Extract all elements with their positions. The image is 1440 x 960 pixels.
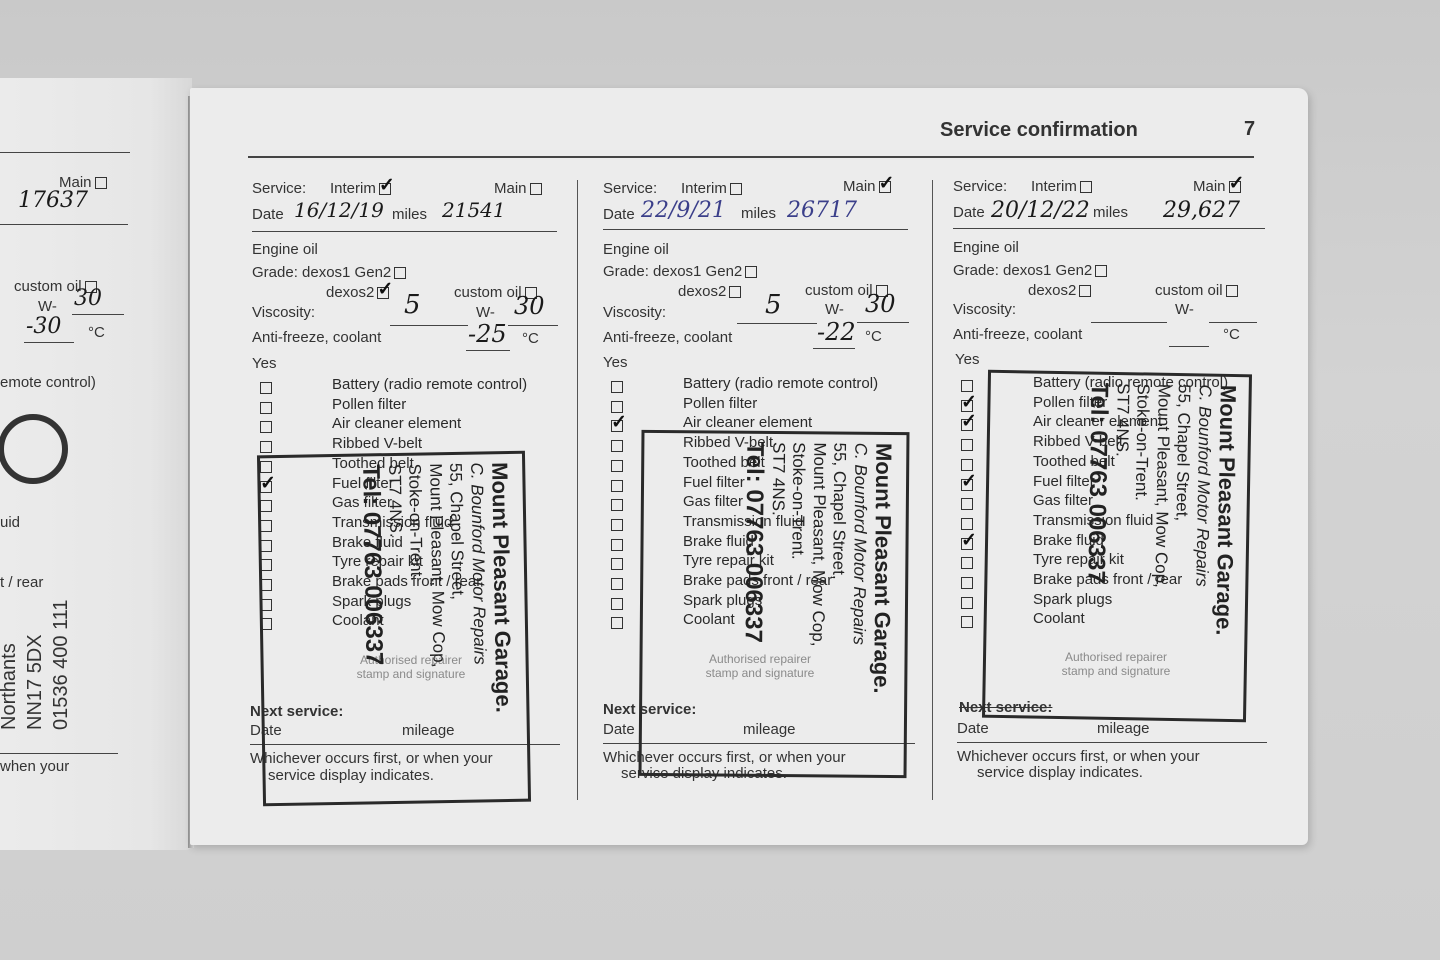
viscosity-w-value: 5 (765, 290, 782, 320)
left-date-rule (0, 224, 128, 225)
item-checkbox (961, 538, 973, 550)
left-antifreeze-value: -30 (26, 314, 61, 339)
viscosity-after-rule (1209, 322, 1257, 323)
miles-label: miles (392, 206, 427, 223)
w-label: W- (476, 304, 495, 321)
w-label: W- (1175, 301, 1194, 318)
checklist-item: Gas filter (961, 495, 973, 512)
checklist-item: Ribbed V-belt (611, 437, 623, 454)
checklist-item: Fuel filter (611, 477, 623, 494)
main-option: Main (843, 178, 891, 195)
item-checkbox (611, 598, 623, 610)
viscosity-label: Viscosity: (603, 304, 666, 321)
checklist-item: Brake fluid (961, 535, 973, 552)
interim-option: Interim (681, 180, 742, 197)
item-checkbox (961, 557, 973, 569)
viscosity-w-rule (1091, 322, 1167, 323)
dexos2-option: dexos2 (1028, 282, 1091, 299)
item-checkbox (611, 578, 623, 590)
service-label: Service: (953, 178, 1007, 195)
left-footer-rule (0, 753, 118, 754)
celsius-label: °C (865, 328, 882, 345)
main-option: Main (1193, 178, 1241, 195)
garage-stamp-1: Mount Pleasant Garage. C. Bounford Motor… (257, 451, 531, 807)
antifreeze-label: Anti-freeze, coolant (603, 329, 732, 346)
garage-stamp-3: Mount Pleasant Garage. C. Bounford Motor… (982, 370, 1252, 723)
w-label: W- (825, 301, 844, 318)
checklist-item: Ribbed V-belt (961, 436, 973, 453)
viscosity-after-rule (508, 325, 558, 326)
date-rule (603, 229, 908, 230)
viscosity-after-value: 30 (514, 292, 545, 320)
checklist-item: Coolant (611, 614, 623, 631)
custom-oil-option: custom oil (1155, 282, 1238, 299)
footer-line-1: Whichever occurs first, or when your (957, 748, 1200, 765)
item-checkbox (961, 616, 973, 628)
main-checkbox (879, 181, 891, 193)
engine-oil-label: Engine oil (953, 239, 1019, 256)
viscosity-after-rule (857, 322, 909, 323)
antifreeze-rule (813, 348, 855, 349)
item-checkbox (961, 419, 973, 431)
yes-label: Yes (955, 351, 979, 368)
item-checkbox (611, 420, 623, 432)
left-page: Main 17637 custom oil W- 30 -30 °C emote… (0, 78, 192, 850)
service-miles: 26717 (787, 198, 857, 223)
left-brake-tail: t / rear (0, 574, 43, 591)
garage-logo-icon (0, 414, 68, 484)
item-checkbox (611, 558, 623, 570)
grade-option: Grade: dexos1 Gen2 (603, 263, 757, 280)
item-checkbox (260, 441, 272, 453)
dexos2-checkbox (1079, 285, 1091, 297)
item-checkbox (611, 440, 623, 452)
checklist-item: Brake pads front / rear (611, 575, 623, 592)
checklist-item: Toothed belt (611, 457, 623, 474)
item-checkbox (961, 498, 973, 510)
left-fluid-tail: uid (0, 514, 20, 531)
main-checkbox (1229, 181, 1241, 193)
antifreeze-value: -25 (468, 320, 507, 348)
item-checkbox (961, 577, 973, 589)
stamp-text: Mount Pleasant Garage. C. Bounford Motor… (355, 462, 516, 715)
checklist-item: Spark plugs (611, 595, 623, 612)
celsius-label: °C (1223, 326, 1240, 343)
checklist-item: Tyre repair kit (611, 555, 623, 572)
service-date: 16/12/19 (294, 198, 384, 222)
main-checkbox (530, 183, 542, 195)
left-main-checkbox (95, 177, 107, 189)
left-celsius: °C (88, 324, 105, 341)
miles-label: miles (1093, 204, 1128, 221)
dexos2-checkbox (729, 286, 741, 298)
celsius-label: °C (522, 330, 539, 347)
dexos2-checkbox (377, 287, 389, 299)
item-checkbox (260, 421, 272, 433)
checklist-item: Battery (radio remote control) (611, 378, 623, 395)
checklist-item: Ribbed V-belt (260, 438, 272, 455)
dexos2-option: dexos2 (678, 283, 741, 300)
left-stamp-address: Northants NN17 5DX 01536 400 111 (0, 600, 74, 731)
next-mileage-label: mileage (1097, 720, 1150, 737)
date-label: Date (603, 206, 635, 223)
checklist-item: Battery (radio remote control) (260, 379, 272, 396)
antifreeze-label: Anti-freeze, coolant (953, 326, 1082, 343)
service-label: Service: (252, 180, 306, 197)
viscosity-w-rule (390, 325, 468, 326)
garage-stamp-2: Mount Pleasant Garage. C. Bounford Motor… (638, 430, 909, 778)
date-label: Date (252, 206, 284, 223)
item-checkbox (611, 617, 623, 629)
checklist-item: Air cleaner element (961, 416, 973, 433)
custom-oil-checkbox (1226, 285, 1238, 297)
item-checkbox (611, 381, 623, 393)
stamp-text: Mount Pleasant Garage. C. Bounford Motor… (737, 442, 896, 694)
checklist-item: Air cleaner element (611, 417, 623, 434)
antifreeze-value: -22 (817, 318, 856, 346)
item-checkbox (611, 539, 623, 551)
checklist-item: Transmission fluid (611, 516, 623, 533)
viscosity-w-value: 5 (404, 290, 421, 320)
service-miles: 21541 (442, 198, 506, 222)
checklist-item: Tyre repair kit (961, 554, 973, 571)
next-date-label: Date (957, 720, 989, 737)
next-date-label: Date (603, 721, 635, 738)
viscosity-label: Viscosity: (252, 304, 315, 321)
footer-rule (957, 742, 1267, 743)
date-label: Date (953, 204, 985, 221)
service-date: 22/9/21 (641, 198, 726, 223)
item-checkbox (611, 499, 623, 511)
interim-option: Interim (1031, 178, 1092, 195)
item-checkbox (260, 382, 272, 394)
main-option: Main (494, 180, 542, 197)
antifreeze-rule (1169, 346, 1209, 347)
interim-checkbox (730, 183, 742, 195)
dexos1-checkbox (394, 267, 406, 279)
yes-label: Yes (603, 354, 627, 371)
checklist-item: Brake pads front / rear (961, 574, 973, 591)
left-viscosity-value: 30 (74, 286, 102, 311)
dexos2-option: dexos2 (326, 284, 389, 301)
grade-option: Grade: dexos1 Gen2 (953, 262, 1107, 279)
antifreeze-label: Anti-freeze, coolant (252, 329, 381, 346)
checklist-item: Gas filter (611, 496, 623, 513)
left-top-rule (0, 152, 130, 153)
viscosity-after-value: 30 (865, 290, 896, 318)
dexos1-checkbox (745, 266, 757, 278)
viscosity-w-rule (737, 323, 817, 324)
engine-oil-label: Engine oil (603, 241, 669, 258)
left-viscosity-rule (72, 314, 124, 315)
item-checkbox (961, 597, 973, 609)
interim-checkbox (1080, 181, 1092, 193)
checklist-item: Spark plugs (961, 594, 973, 611)
left-miles-value: 17637 (18, 188, 88, 213)
item-checkbox (611, 480, 623, 492)
left-battery-tail: emote control) (0, 374, 96, 391)
stamp-text: Mount Pleasant Garage. C. Bounford Motor… (1079, 382, 1240, 635)
checklist-item: Pollen filter (260, 399, 272, 416)
date-rule (953, 228, 1265, 229)
engine-oil-label: Engine oil (252, 241, 318, 258)
service-miles: 29,627 (1163, 198, 1240, 223)
service-date: 20/12/22 (991, 198, 1090, 223)
checklist-item: Air cleaner element (260, 418, 272, 435)
dexos1-checkbox (1095, 265, 1107, 277)
right-page: Service confirmation 7 Service: Interim … (190, 88, 1308, 845)
checklist-item: Brake fluid (611, 536, 623, 553)
footer-line-2: service display indicates. (977, 764, 1143, 781)
item-checkbox (611, 460, 623, 472)
item-checkbox (260, 402, 272, 414)
date-rule (252, 231, 557, 232)
antifreeze-rule (466, 350, 510, 351)
left-w-label: W- (38, 298, 57, 315)
item-checkbox (611, 519, 623, 531)
miles-label: miles (741, 205, 776, 222)
checklist-item: Coolant (961, 613, 973, 630)
interim-checkbox (379, 183, 391, 195)
checklist-item: Fuel filter (961, 476, 973, 493)
yes-label: Yes (252, 355, 276, 372)
service-label: Service: (603, 180, 657, 197)
item-checkbox (961, 439, 973, 451)
viscosity-label: Viscosity: (953, 301, 1016, 318)
left-antifreeze-rule (24, 342, 74, 343)
left-footer-tail: when your (0, 758, 69, 775)
item-checkbox (961, 479, 973, 491)
interim-option: Interim (330, 180, 391, 197)
